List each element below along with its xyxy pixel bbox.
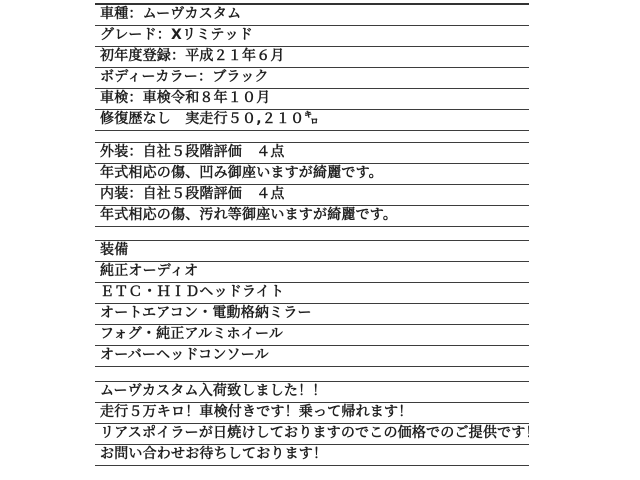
row-equipment-fog-alloy: フォグ・純正アルミホイール: [95, 325, 529, 346]
section-vehicle-specs: 車種：ムーヴカスタム グレード：Xリミテッド 初年度登録：平成２１年６月 ボディ…: [95, 3, 529, 131]
row-equipment-audio: 純正オーディオ: [95, 262, 529, 283]
row-first-registration: 初年度登録：平成２１年６月: [95, 47, 529, 68]
section-equipment: 装備 純正オーディオ ＥＴＣ・ＨＩＤヘッドライト オートエアコン・電動格納ミラー…: [95, 240, 529, 367]
row-comment-spoiler-price: リアスポイラーが日焼けしておりますのでこの価格でのご提供です！: [95, 424, 529, 445]
row-grade: グレード：Xリミテッド: [95, 26, 529, 47]
row-body-color: ボディーカラー：ブラック: [95, 68, 529, 89]
row-interior-note: 年式相応の傷、汚れ等御座いますが綺麗です。: [95, 206, 529, 227]
row-inspection-expiry: 車検：車検令和８年１０月: [95, 89, 529, 110]
row-equipment-heading: 装備: [95, 241, 529, 262]
row-interior-rating: 内装：自社５段階評価 ４点: [95, 185, 529, 206]
row-repair-history-mileage: 修復歴なし 実走行５０,２１０㌔: [95, 110, 529, 131]
row-equipment-overhead-console: オーバーヘッドコンソール: [95, 346, 529, 367]
row-comment-mileage-inspection: 走行５万キロ！車検付きです！乗って帰れます！: [95, 403, 529, 424]
car-listing-sheet: 車種：ムーヴカスタム グレード：Xリミテッド 初年度登録：平成２１年６月 ボディ…: [95, 0, 529, 480]
row-equipment-etc-hid: ＥＴＣ・ＨＩＤヘッドライト: [95, 283, 529, 304]
section-sales-comments: ムーヴカスタム入荷致しました！！ 走行５万キロ！車検付きです！乗って帰れます！ …: [95, 381, 529, 466]
row-car-model: 車種：ムーヴカスタム: [95, 5, 529, 26]
row-comment-arrival: ムーヴカスタム入荷致しました！！: [95, 382, 529, 403]
section-condition-rating: 外装：自社５段階評価 ４点 年式相応の傷、凹み御座いますが綺麗です。 内装：自社…: [95, 142, 529, 227]
row-equipment-aircon-mirror: オートエアコン・電動格納ミラー: [95, 304, 529, 325]
row-exterior-rating: 外装：自社５段階評価 ４点: [95, 143, 529, 164]
row-comment-contact: お問い合わせお待ちしております！: [95, 445, 529, 466]
row-exterior-note: 年式相応の傷、凹み御座いますが綺麗です。: [95, 164, 529, 185]
